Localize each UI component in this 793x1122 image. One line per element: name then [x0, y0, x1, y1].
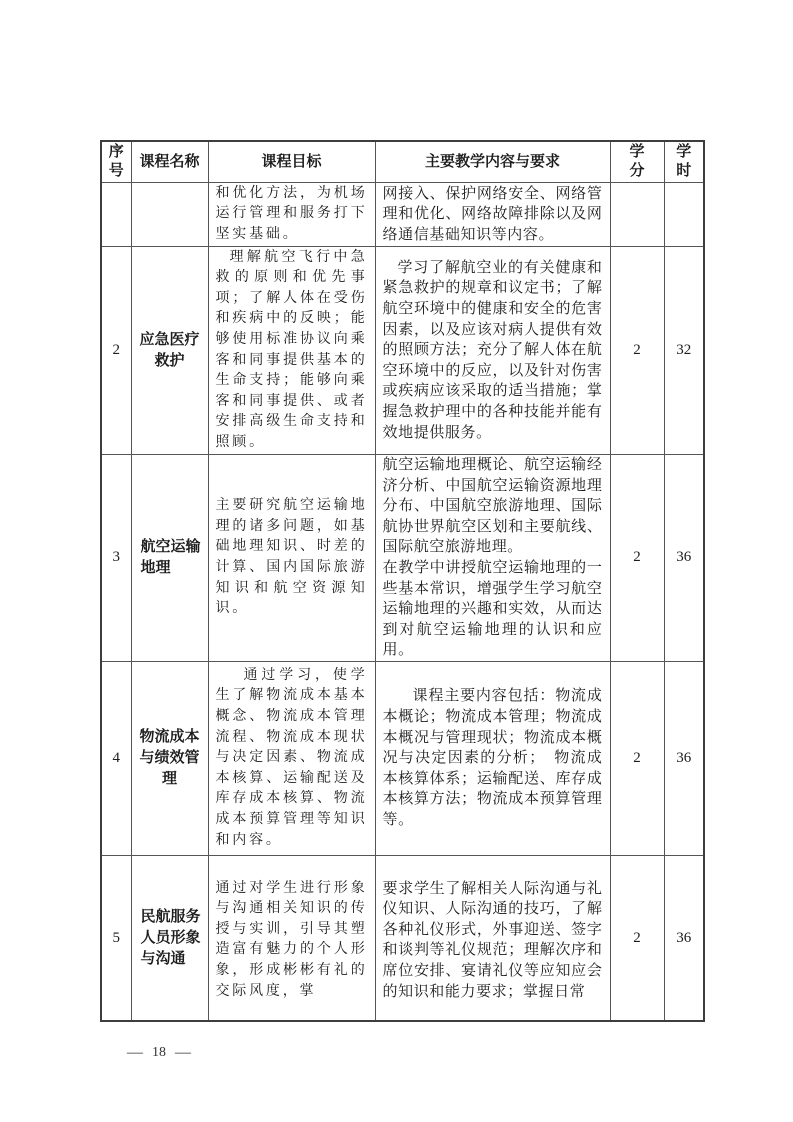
footer-dash-right: — — [175, 1044, 191, 1062]
cell-course-objectives: 主要研究航空运输地理的诸多问题，如基础地理知识、时差的计算、国内国际旅游知识和航… — [208, 455, 375, 662]
cell-serial-number: 2 — [101, 247, 131, 455]
table-row-3: 3 航空运输地理 主要研究航空运输地理的诸多问题，如基础地理知识、时差的计算、国… — [101, 455, 704, 662]
cell-serial-number — [101, 183, 131, 247]
cell-course-objectives: 通过对学生进行形象与沟通相关知识的传授与实训，引导其塑造富有魅力的个人形象，形成… — [208, 855, 375, 1021]
header-credits: 学 分 — [610, 141, 664, 183]
table-row-2: 2 应急医疗救护 理解航空飞行中急救的原则和优先事项；了解人体在受伤和疾病中的反… — [101, 247, 704, 455]
table-row-continuation: 和优化方法，为机场运行管理和服务打下坚实基础。 网接入、保护网络安全、网络管理和… — [101, 183, 704, 247]
cell-course-objectives: 和优化方法，为机场运行管理和服务打下坚实基础。 — [208, 183, 375, 247]
header-teaching-content: 主要教学内容与要求 — [375, 141, 610, 183]
cell-hours — [664, 183, 704, 247]
course-table: 序 号 课程名称 课程目标 主要教学内容与要求 学 分 学 时 和优化方法，为机… — [100, 140, 705, 1022]
header-hours: 学 时 — [664, 141, 704, 183]
cell-course-name: 航空运输地理 — [131, 455, 208, 662]
cell-teaching-content: 要求学生了解相关人际沟通与礼仪知识、人际沟通的技巧，了解各种礼仪形式，外事迎送、… — [375, 855, 610, 1021]
page-footer: — 18 — — [127, 1044, 191, 1062]
cell-serial-number: 3 — [101, 455, 131, 662]
cell-credits: 2 — [610, 855, 664, 1021]
header-course-name: 课程名称 — [131, 141, 208, 183]
table-row-5: 5 民航服务人员形象与沟通 通过对学生进行形象与沟通相关知识的传授与实训，引导其… — [101, 855, 704, 1021]
cell-credits: 2 — [610, 661, 664, 855]
header-course-objectives: 课程目标 — [208, 141, 375, 183]
cell-hours: 36 — [664, 455, 704, 662]
cell-credits — [610, 183, 664, 247]
cell-teaching-content: 学习了解航空业的有关健康和紧急救护的规章和议定书；了解航空环境中的健康和安全的危… — [375, 247, 610, 455]
cell-hours: 36 — [664, 855, 704, 1021]
footer-dash-left: — — [127, 1044, 143, 1062]
cell-serial-number: 5 — [101, 855, 131, 1021]
cell-course-name — [131, 183, 208, 247]
header-serial-number: 序 号 — [101, 141, 131, 183]
cell-course-name: 民航服务人员形象与沟通 — [131, 855, 208, 1021]
cell-course-objectives: 通过学习，使学生了解物流成本基本概念、物流成本管理流程、物流成本现状与决定因素、… — [208, 661, 375, 855]
cell-hours: 32 — [664, 247, 704, 455]
cell-teaching-content: 网接入、保护网络安全、网络管理和优化、网络故障排除以及网络通信基础知识等内容。 — [375, 183, 610, 247]
cell-teaching-content: 课程主要内容包括：物流成本概论；物流成本管理；物流成本概况与管理现状；物流成本概… — [375, 661, 610, 855]
cell-course-objectives: 理解航空飞行中急救的原则和优先事项；了解人体在受伤和疾病中的反映；能够使用标准协… — [208, 247, 375, 455]
clipped-text: 要求学生了解相关人际沟通与礼仪知识、人际沟通的技巧，了解各种礼仪形式，外事迎送、… — [383, 879, 603, 1000]
cell-credits: 2 — [610, 247, 664, 455]
clipped-text: 通过对学生进行形象与沟通相关知识的传授与实训，引导其塑造富有魅力的个人形象，形成… — [216, 879, 368, 1000]
document-page: 序 号 课程名称 课程目标 主要教学内容与要求 学 分 学 时 和优化方法，为机… — [0, 0, 793, 1122]
table-header-row: 序 号 课程名称 课程目标 主要教学内容与要求 学 分 学 时 — [101, 141, 704, 183]
cell-course-name: 物流成本与绩效管理 — [131, 661, 208, 855]
cell-serial-number: 4 — [101, 661, 131, 855]
page-number: 18 — [152, 1045, 166, 1061]
cell-teaching-content: 航空运输地理概论、航空运输经济分析、中国航空运输资源地理分布、中国航空旅游地理、… — [375, 455, 610, 662]
cell-hours: 36 — [664, 661, 704, 855]
table-row-4: 4 物流成本与绩效管理 通过学习，使学生了解物流成本基本概念、物流成本管理流程、… — [101, 661, 704, 855]
cell-credits: 2 — [610, 455, 664, 662]
cell-course-name: 应急医疗救护 — [131, 247, 208, 455]
